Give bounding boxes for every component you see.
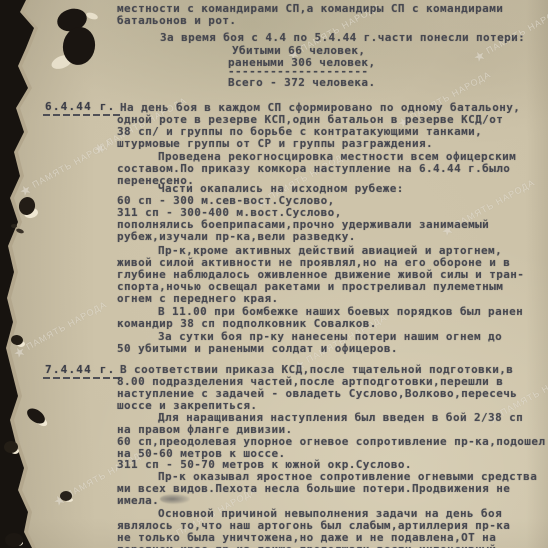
paper-damage-layer (0, 0, 548, 548)
document-scan: ★ПАМЯТЬ НАРОДА ★ПАМЯТЬ НАРОДА ★ПАМЯТЬ НА… (0, 0, 548, 548)
paper-hole (5, 533, 23, 547)
paper-hole (60, 491, 72, 501)
paper-hole (85, 11, 98, 20)
paper-hole (4, 441, 18, 453)
paper-hole (11, 224, 17, 228)
